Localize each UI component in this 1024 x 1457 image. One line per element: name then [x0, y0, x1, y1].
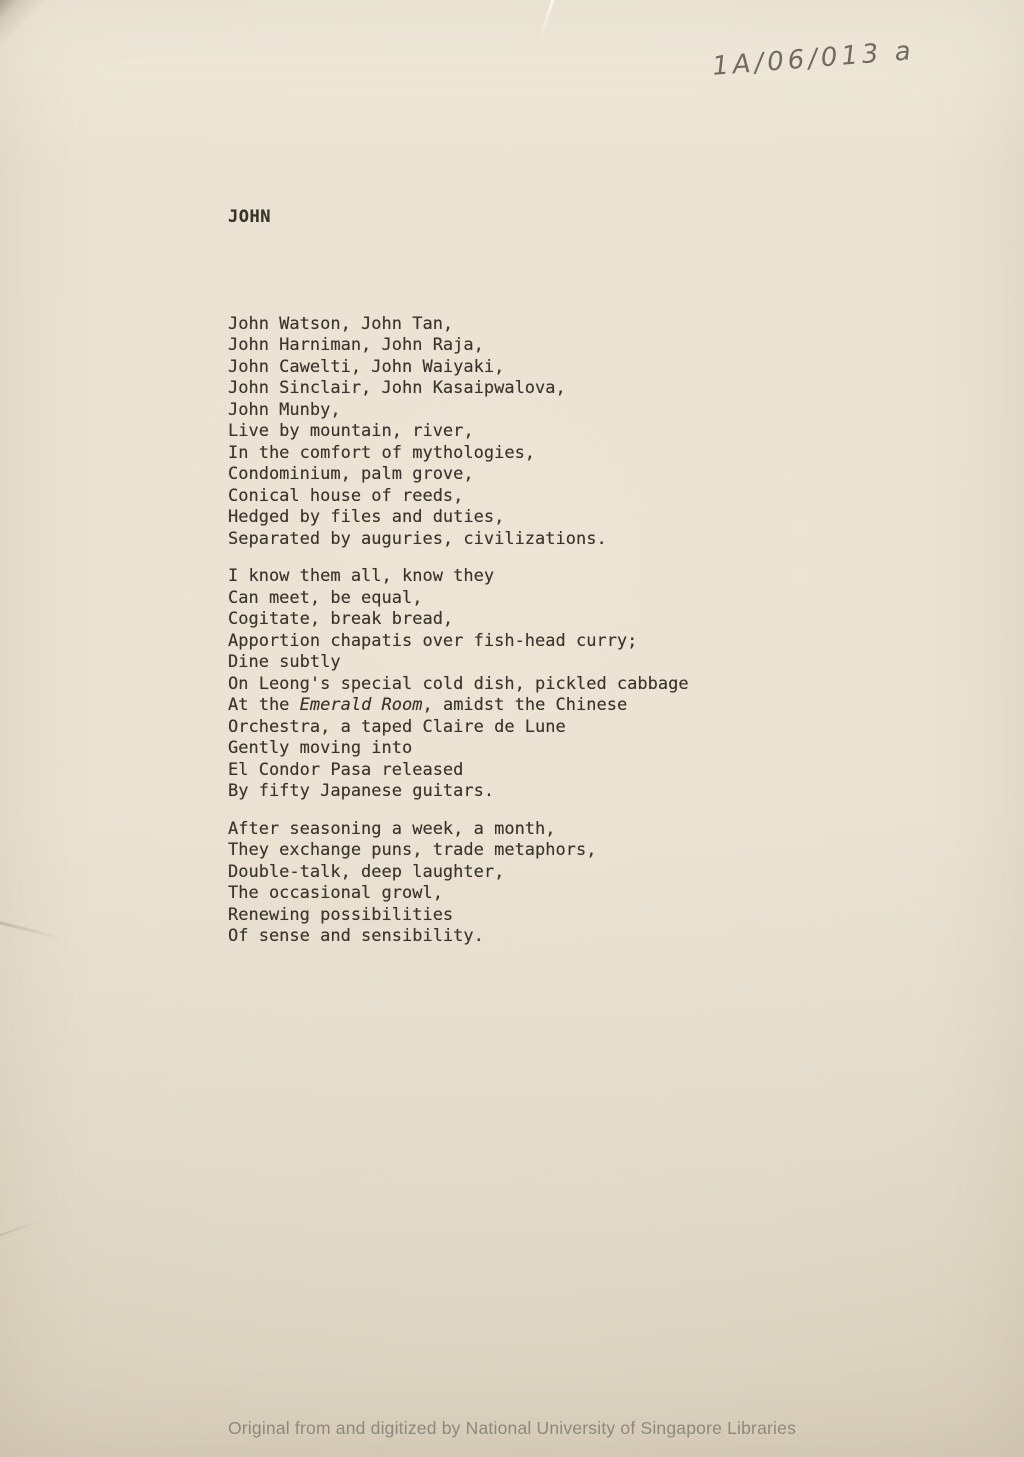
poem-line: Conical house of reeds,: [228, 486, 689, 508]
poem-line: I know them all, know they: [228, 566, 689, 588]
poem-line-segment: Condominium, palm grove,: [228, 464, 474, 484]
poem-line-segment: Of sense and sensibility.: [228, 926, 484, 946]
poem-line-segment: After seasoning a week, a month,: [228, 819, 556, 839]
poem-line: Separated by auguries, civilizations.: [228, 529, 689, 551]
poem-line: Hedged by files and duties,: [228, 507, 689, 529]
poem-line-segment: Dine subtly: [228, 652, 341, 672]
handwritten-catalog-number: 1A/06/013 a: [711, 36, 915, 82]
poem-line: Apportion chapatis over fish-head curry;: [228, 631, 689, 653]
poem-line: In the comfort of mythologies,: [228, 443, 689, 465]
poem-line-segment: Gently moving into: [228, 738, 412, 758]
poem-line: Orchestra, a taped Claire de Lune: [228, 717, 689, 739]
poem-line-segment: , amidst the Chinese: [422, 695, 627, 715]
scanned-page: 1A/06/013 a JOHN John Watson, John Tan,J…: [0, 0, 1024, 1457]
poem-line-segment: Conical house of reeds,: [228, 486, 463, 506]
poem-line-segment: Live by mountain, river,: [228, 421, 474, 441]
paper-crease-left: [0, 920, 61, 940]
poem-line-segment: Renewing possibilities: [228, 905, 453, 925]
stanza: John Watson, John Tan,John Harniman, Joh…: [228, 314, 689, 551]
poem-line-segment: John Harniman, John Raja,: [228, 335, 484, 355]
poem-line: Gently moving into: [228, 738, 689, 760]
poem-line-segment: Orchestra, a taped Claire de Lune: [228, 717, 566, 737]
poem-line: Renewing possibilities: [228, 905, 689, 927]
poem-line: Live by mountain, river,: [228, 421, 689, 443]
paper-crease-bottom-left: [0, 1219, 43, 1239]
poem-line-segment: I know them all, know they: [228, 566, 494, 586]
poem-line-segment: El Condor Pasa released: [228, 760, 463, 780]
poem-line: Double-talk, deep laughter,: [228, 862, 689, 884]
poem-line: Condominium, palm grove,: [228, 464, 689, 486]
poem-line: John Watson, John Tan,: [228, 314, 689, 336]
poem-line-segment: John Sinclair, John Kasaipwalova,: [228, 378, 566, 398]
poem-line-segment: John Munby,: [228, 400, 341, 420]
poem-line-segment: Apportion chapatis over fish-head curry;: [228, 631, 637, 651]
poem-line-italic-segment: Emerald Room: [300, 695, 423, 715]
poem-line: By fifty Japanese guitars.: [228, 781, 689, 803]
stanza: I know them all, know theyCan meet, be e…: [228, 566, 689, 803]
poem-line-segment: By fifty Japanese guitars.: [228, 781, 494, 801]
poem-line: John Cawelti, John Waiyaki,: [228, 357, 689, 379]
poem-line-segment: Can meet, be equal,: [228, 588, 422, 608]
poem-line-segment: On Leong's special cold dish, pickled ca…: [228, 674, 689, 694]
poem-line-segment: Double-talk, deep laughter,: [228, 862, 504, 882]
poem-line: On Leong's special cold dish, pickled ca…: [228, 674, 689, 696]
poem-line: Cogitate, break bread,: [228, 609, 689, 631]
poem-line: Of sense and sensibility.: [228, 926, 689, 948]
poem-line-segment: In the comfort of mythologies,: [228, 443, 535, 463]
poem-line-segment: John Cawelti, John Waiyaki,: [228, 357, 504, 377]
poem-line-segment: John Watson, John Tan,: [228, 314, 453, 334]
poem-line: At the Emerald Room, amidst the Chinese: [228, 695, 689, 717]
poem-line-segment: They exchange puns, trade metaphors,: [228, 840, 596, 860]
poem-line: After seasoning a week, a month,: [228, 819, 689, 841]
poem-line-segment: At the: [228, 695, 300, 715]
typescript-content: JOHN John Watson, John Tan,John Harniman…: [228, 164, 689, 991]
poem-line: John Harniman, John Raja,: [228, 335, 689, 357]
poem-line: Can meet, be equal,: [228, 588, 689, 610]
poem-line: John Sinclair, John Kasaipwalova,: [228, 378, 689, 400]
poem-line-segment: Cogitate, break bread,: [228, 609, 453, 629]
stanza: After seasoning a week, a month,They exc…: [228, 819, 689, 948]
poem-body: John Watson, John Tan,John Harniman, Joh…: [228, 314, 689, 948]
digitization-credit: Original from and digitized by National …: [0, 1418, 1024, 1439]
poem-line-segment: Separated by auguries, civilizations.: [228, 529, 607, 549]
poem-line: John Munby,: [228, 400, 689, 422]
poem-line-segment: The occasional growl,: [228, 883, 443, 903]
poem-title: JOHN: [228, 207, 689, 229]
poem-line: They exchange puns, trade metaphors,: [228, 840, 689, 862]
paper-crease-top: [538, 0, 555, 41]
poem-line: Dine subtly: [228, 652, 689, 674]
poem-line: The occasional growl,: [228, 883, 689, 905]
poem-line-segment: Hedged by files and duties,: [228, 507, 504, 527]
poem-line: El Condor Pasa released: [228, 760, 689, 782]
